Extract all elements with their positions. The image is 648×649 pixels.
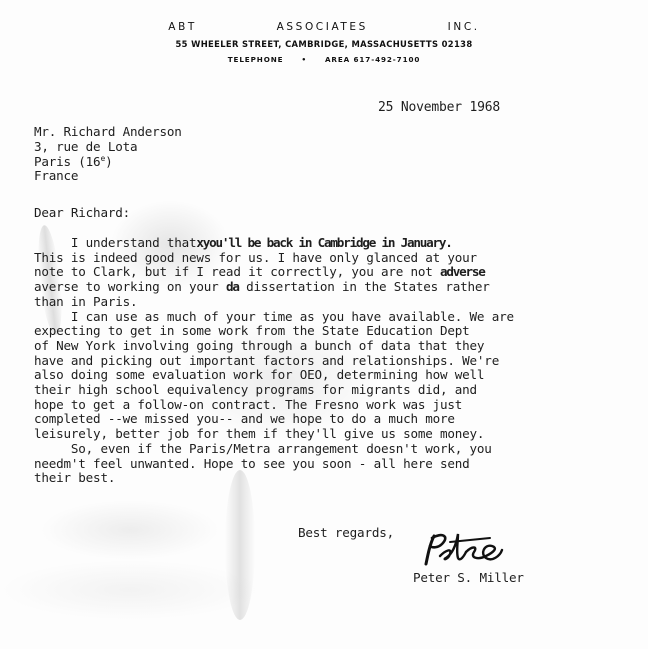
letter-date: 25 November 1968 [378, 101, 500, 116]
letterhead-address: 55 WHEELER STREET, CAMBRIDGE, MASSACHUSE… [0, 39, 648, 49]
paper-stain [40, 500, 220, 560]
body-text: averse to working on your [34, 279, 226, 294]
recipient-country: France [34, 168, 78, 183]
body-text: I understand that [34, 235, 196, 250]
recipient-city: Paris (16e) [34, 154, 112, 169]
body-line: averse to working on your da dissertatio… [34, 279, 490, 294]
body-line: completed --we missed you-- and we hope … [34, 411, 455, 426]
salutation: Dear Richard: [34, 206, 130, 221]
letter-body: I understand thatxyou'll be back in Camb… [34, 236, 514, 486]
body-line: than in Paris. [34, 294, 137, 309]
body-line: needm't feel unwanted. Hope to see you s… [34, 456, 470, 471]
phone-label: TELEPHONE [228, 55, 284, 64]
letter-page: ABT ASSOCIATES INC. 55 WHEELER STREET, C… [0, 0, 648, 649]
letterhead-phone: TELEPHONE•AREA 617-492-7100 [0, 55, 648, 64]
recipient-street: 3, rue de Lota [34, 139, 137, 154]
body-line: have and picking out important factors a… [34, 353, 499, 368]
body-line: I understand thatxyou'll be back in Camb… [34, 235, 452, 250]
struck-out-word: adverse [440, 264, 485, 279]
body-line: note to Clark, but if I read it correctl… [34, 264, 485, 279]
body-line: hope to get a follow-on contract. The Fr… [34, 397, 462, 412]
handwritten-signature: Pete [420, 528, 520, 568]
body-line: This is indeed good news for us. I have … [34, 250, 477, 265]
body-text: dissertation in the States rather [239, 279, 490, 294]
phone-number: AREA 617-492-7100 [325, 55, 420, 64]
body-line: also doing some evaluation work for OEO,… [34, 367, 484, 382]
body-text: xyou'll be back in Cambridge in January. [196, 235, 451, 250]
body-line: their best. [34, 470, 115, 485]
closing: Best regards, [298, 526, 394, 541]
body-line: expecting to get in some work from the S… [34, 323, 470, 338]
struck-out-word: da [226, 279, 239, 294]
phone-separator: • [301, 55, 307, 64]
recipient-name: Mr. Richard Anderson [34, 124, 182, 139]
body-text: note to Clark, but if I read it correctl… [34, 264, 440, 279]
paper-stain [0, 560, 260, 620]
recipient-city-text: Paris (16 [34, 154, 100, 169]
signer-name: Peter S. Miller [413, 571, 524, 586]
body-line: of New York involving going through a bu… [34, 338, 484, 353]
body-line: I can use as much of your time as you ha… [34, 309, 514, 324]
body-line: their high school equivalency programs f… [34, 382, 477, 397]
paper-stain [225, 470, 255, 620]
body-line: leisurely, better job for them if they'l… [34, 426, 484, 441]
recipient-city-close: ) [105, 154, 112, 169]
letterhead-company: ABT ASSOCIATES INC. [0, 21, 648, 33]
recipient-address: Mr. Richard Anderson 3, rue de Lota Pari… [34, 125, 182, 184]
body-line: So, even if the Paris/Metra arrangement … [34, 441, 492, 456]
